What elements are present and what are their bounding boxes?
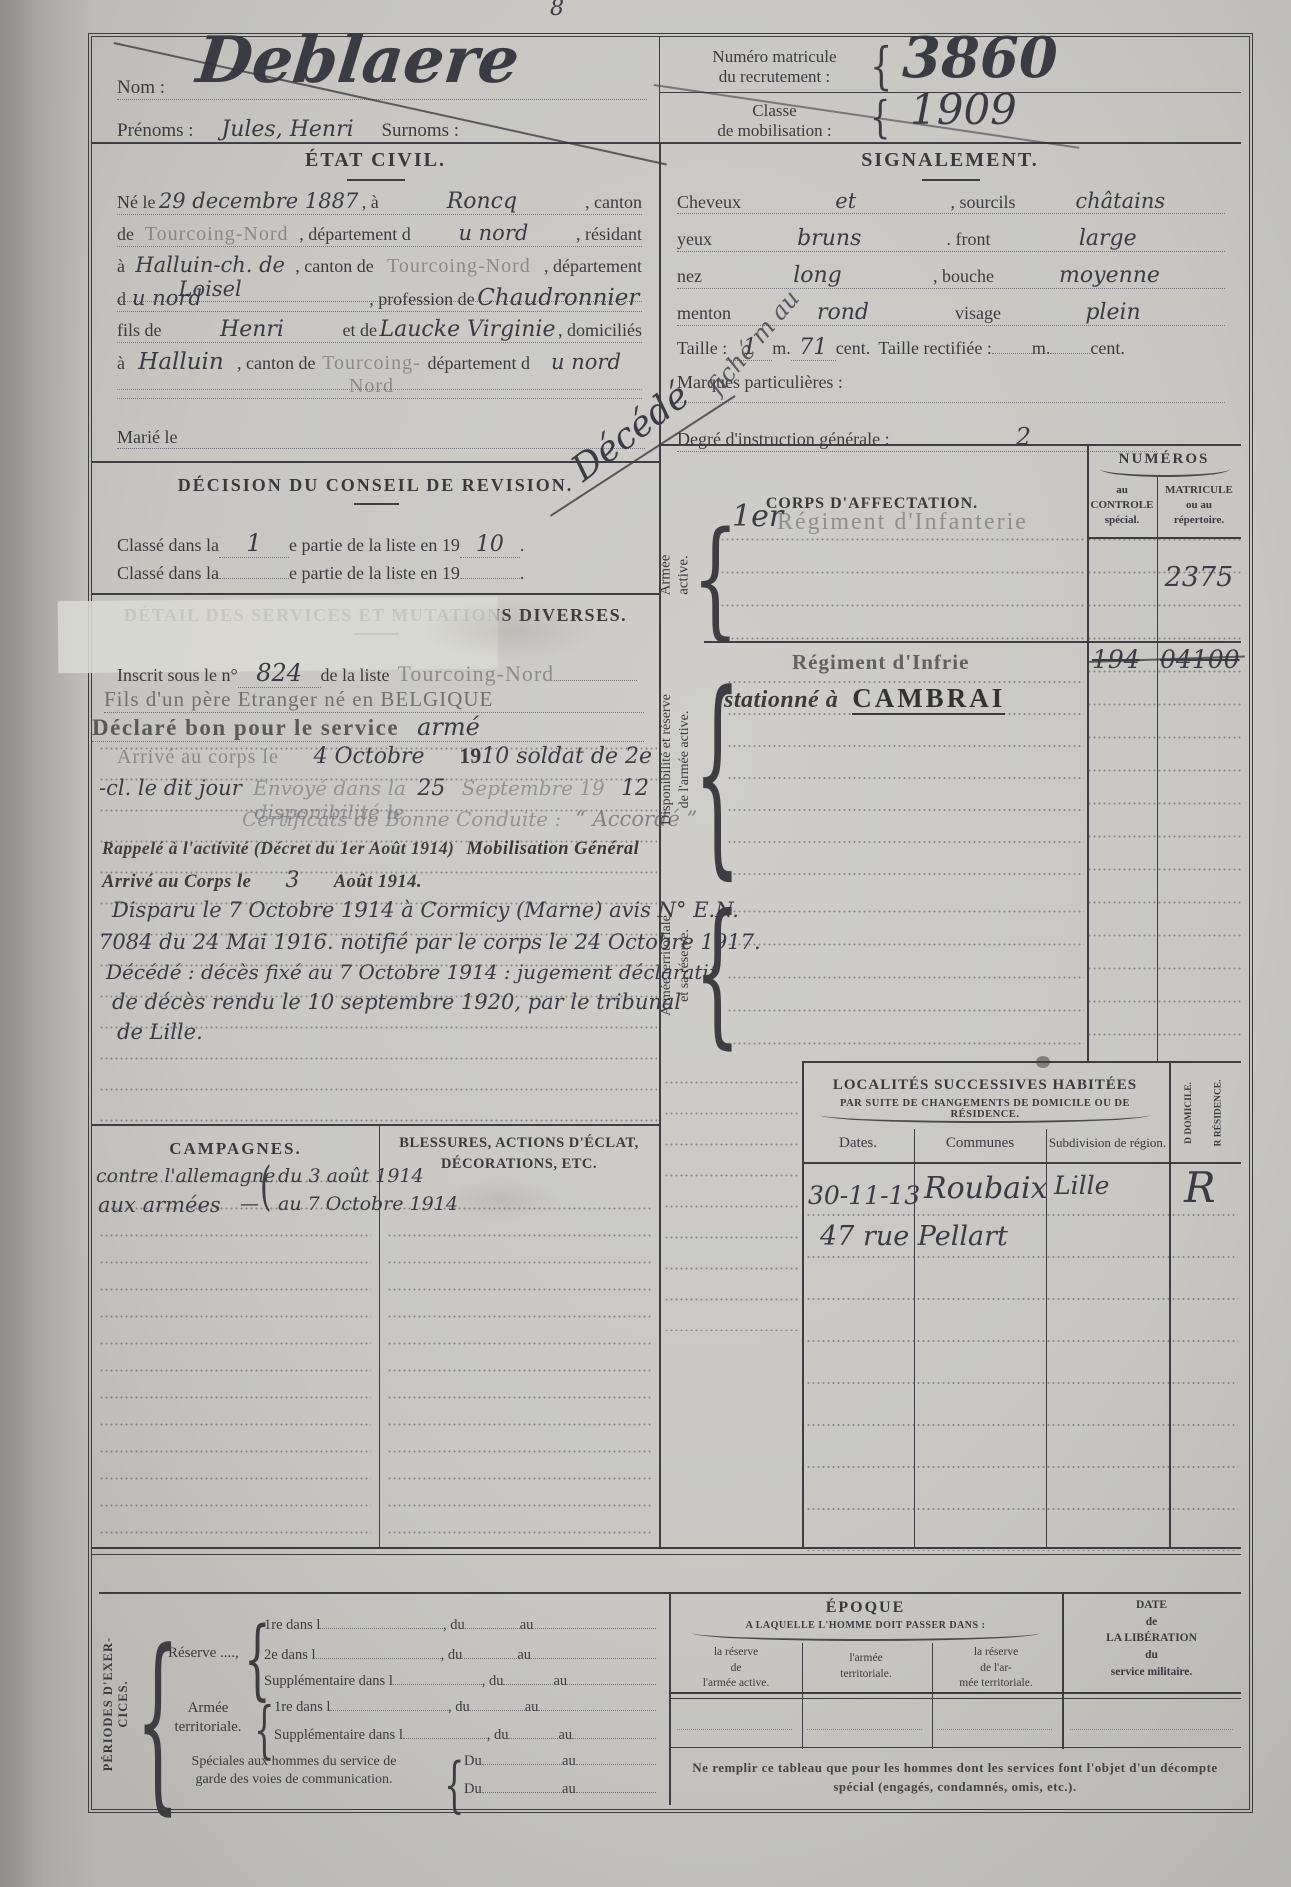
classe-dans-label: Classé dans la (117, 563, 219, 584)
epoque-title: ÉPOQUE (669, 1599, 1062, 1617)
etat-civil-line: de Tourcoing-Nord , département d u nord… (117, 221, 642, 247)
exercice-row: Supplémentaire dans l , du au (274, 1727, 656, 1744)
birth-place-value: Roncq (379, 189, 585, 214)
front-label: . front (947, 229, 991, 250)
cent-label: cent. (1090, 338, 1124, 359)
stationne-cambrai-stamp: stationné à CAMBRAI (724, 683, 1005, 714)
etat-civil-title: ÉTAT CIVIL. (92, 149, 659, 172)
ruled-line (1070, 1729, 1233, 1730)
header-divider (659, 37, 660, 142)
service-record-line: de Lille. (117, 1020, 203, 1044)
epoque-col2-header: l'armée territoriale. (802, 1651, 930, 1682)
canton-stamp: Tourcoing-Nord (374, 255, 544, 278)
canton-label: , canton de (295, 256, 373, 277)
hw-year: 12 (621, 776, 649, 801)
degre-line: Degré d'instruction générale : 2 (677, 423, 1157, 452)
subdivision-column-header: Subdivision de région. (1046, 1135, 1169, 1151)
armee-active-label: Armée active. (660, 512, 688, 637)
signalement-title: SIGNALEMENT. (659, 149, 1241, 172)
epoque-note: Ne remplir ce tableau que pour les homme… (677, 1759, 1233, 1797)
exercice-row: 2e dans l , du au (264, 1647, 656, 1664)
ink-blotch (1036, 1056, 1050, 1068)
nom-label: Nom : (117, 77, 165, 99)
domicile-value: Halluin (125, 349, 237, 375)
epoque-brace (692, 1633, 1040, 1641)
title-underline (922, 179, 980, 181)
section-rule (92, 1124, 659, 1126)
reserve-label: Réserve ...., (168, 1645, 239, 1662)
cent-label: cent. (836, 338, 870, 359)
brace: { (444, 1749, 464, 1819)
ruled-lines (727, 895, 1084, 1060)
document-scan: 8 Nom : Deblaere Prénoms : Jules, Henri … (0, 0, 1291, 1887)
rappele-stamp: Rappelé à l'activité (Décret du 1er Août… (102, 838, 454, 858)
epoque-header-rule (669, 1692, 1241, 1699)
exercice-row: Du au (464, 1753, 656, 1770)
a-label: à (117, 256, 125, 277)
classe-value: 1909 (910, 85, 1017, 134)
sourcils-value: châtains (1016, 189, 1226, 213)
m-label: m. (1032, 338, 1051, 359)
residant-label: , résidant (576, 224, 642, 245)
a-label: , à (362, 192, 379, 213)
group-rule (704, 641, 1241, 643)
surnoms-label: Surnoms : (381, 120, 459, 142)
regiment-inf-stamp: Régiment d'Infrie (792, 650, 969, 675)
localites-header-rule (802, 1162, 1241, 1164)
signalement-line: yeux bruns . front large (677, 226, 1225, 252)
campagne-entry-date: au 7 Octobre 1914 (278, 1193, 458, 1215)
domicile-column-header: D DOMICILE. (1174, 1065, 1204, 1161)
signalement-line: nez long , bouche moyenne (677, 263, 1225, 289)
partie-liste-label: e partie de la liste en 19 (289, 563, 460, 584)
visage-label: visage (955, 303, 1001, 324)
cheveux-value: et (741, 189, 951, 213)
date-stamp: Août 1914. (334, 872, 422, 893)
departement-label: , département (544, 256, 642, 277)
ruled-lines (1087, 523, 1241, 1051)
classe-liste-row-1: Classé dans la 1 e partie de la liste en… (117, 529, 587, 558)
exercice-row: Du au (464, 1781, 656, 1798)
period: . (520, 535, 525, 556)
arrive-corps-stamp: Arrivé au Corps le (102, 872, 251, 893)
numeros-brace (1100, 469, 1230, 477)
service-record-line: Certificats de Bonne Conduite : “ Accord… (242, 807, 697, 831)
epoque-row-rule (669, 1747, 1241, 1748)
campagnes-divider (379, 1124, 380, 1549)
etranger-stamp: Fils d'un père Etranger né en BELGIQUE (104, 687, 644, 713)
month-stamp: Septembre 19 (445, 776, 621, 800)
communes-column-header: Communes (914, 1135, 1046, 1152)
menton-label: menton (677, 303, 731, 324)
localites-top-border (802, 1061, 1241, 1063)
section-rule (659, 444, 1241, 446)
liste-stamp: Tourcoing-Nord (398, 661, 555, 687)
ruled-line (677, 402, 1225, 403)
title-underline (354, 503, 399, 505)
liste-label: de la liste (321, 665, 390, 686)
ruled-line (807, 1729, 922, 1730)
speciales-label: Spéciales aux hommes du service de garde… (144, 1753, 444, 1789)
service-record-line: Arrivé au Corps le 3 Août 1914. (102, 868, 422, 893)
localite-entry-date: 30-11-13 (808, 1181, 920, 1210)
hw-day: 3 (251, 868, 333, 893)
disponibilite-label: Disponibilité et réserve de l'armée acti… (658, 652, 692, 867)
localite-entry-subdivision: Lille (1054, 1171, 1109, 1200)
service-record-line: de décès rendu le 10 septembre 1920, par… (112, 990, 681, 1014)
nom-value: Deblaere (193, 23, 523, 98)
ne-le-label: Né le (117, 192, 155, 213)
liberation-date-header: DATE de LA LIBÉRATION du service militai… (1062, 1597, 1241, 1680)
classe-dans-label: Classé dans la (117, 535, 219, 556)
taille-rect-label: Taille rectifiée : (878, 338, 992, 359)
localites-brace (820, 1115, 1150, 1123)
inscrit-label: Inscrit sous le n° (117, 665, 238, 686)
campagne-entry-date: du 3 août 1914 (278, 1165, 424, 1187)
father-name-value: Henri (162, 317, 343, 342)
departement-value: u nord (530, 350, 642, 374)
etat-civil-line: d u nord , profession de Chaudronnier (117, 285, 642, 312)
ruled-lines (99, 1168, 371, 1546)
profession-label: , profession de (369, 289, 474, 310)
regiment-infanterie-stamp: Régiment d'Infanterie (777, 509, 1028, 536)
signalement-line: Cheveux et , sourcils châtains (677, 189, 1225, 214)
cheveux-label: Cheveux (677, 192, 741, 213)
inscrit-row: Inscrit sous le n° 824 de la liste Tourc… (117, 659, 637, 688)
stain (420, 600, 600, 660)
m-label: m. (772, 338, 791, 359)
service-record-line: Arrivé au corps le 4 Octobre 19 10 solda… (117, 743, 652, 769)
nez-value: long (702, 263, 933, 288)
matricule-label: Numéro matricule du recrutement : (677, 47, 872, 88)
armee-territoriale-label: Armée territoriale. (158, 1699, 258, 1737)
marie-row: Marié le (117, 427, 645, 449)
front-value: large (991, 226, 1226, 251)
campagne-entry: aux armées (98, 1193, 221, 1217)
epoque-col3-header: la réserve de l'ar- mée territoriale. (932, 1645, 1060, 1692)
taille-cm-value: 71 (791, 335, 836, 361)
bouche-label: , bouche (933, 266, 994, 287)
canton-stamp: Tourcoing-Nord (134, 223, 299, 246)
regiment-prefix-value: 1er (732, 499, 783, 534)
periodes-label: PÉRIODES D'EXER- CICES. (100, 1615, 132, 1793)
departement-value: u nord (132, 286, 202, 310)
printed-19: 19 (459, 743, 481, 769)
classe-label: Classe de mobilisation : (677, 101, 872, 142)
matricule-active-value: 2375 (1157, 562, 1241, 593)
soldat-value: 10 soldat de 2e (481, 744, 652, 769)
prenoms-value: Jules, Henri (194, 117, 382, 142)
ruled-line (677, 1729, 792, 1730)
departement-value: u nord (411, 221, 576, 245)
exercice-row: 1re dans l , du au (274, 1699, 656, 1716)
service-record-line: Disparu le 7 Octobre 1914 à Cormicy (Mar… (112, 898, 739, 922)
departement-label: , département d (299, 224, 410, 245)
controle-column-header: au CONTROLE spécial. (1087, 483, 1157, 528)
visage-value: plein (1001, 300, 1225, 325)
etat-civil-line: à Halluin , canton de Tourcoing-Nord dép… (117, 349, 642, 399)
degre-value: 2 (890, 423, 1157, 451)
classe-liste-row-2: Classé dans la e partie de la liste en 1… (117, 563, 587, 584)
mobilisation-stamp: Mobilisation Général (466, 839, 639, 859)
matricule-value: 3860 (902, 25, 1058, 91)
period: . (520, 563, 525, 584)
localite-entry-address: 47 rue Pellart (820, 1221, 1008, 1252)
liste-partie-value: 1 (219, 529, 289, 558)
armee-territoriale-label: Armée territoriale et sa réserve. (658, 885, 692, 1045)
sourcils-label: , sourcils (951, 192, 1016, 213)
yeux-label: yeux (677, 229, 712, 250)
main-bottom-rule (92, 1547, 1241, 1555)
stain (440, 1180, 560, 1220)
book-spine-shadow (0, 0, 95, 1887)
partie-liste-label: e partie de la liste en 19 (289, 535, 460, 556)
prenoms-label: Prénoms : (117, 120, 194, 142)
exercice-row: 1re dans l , du au (264, 1617, 656, 1634)
exercice-row: Supplémentaire dans l , du au (264, 1673, 656, 1690)
et-de-label: et de (343, 320, 377, 341)
hw-day: 25 (417, 776, 445, 801)
certificat-stamp: Certificats de Bonne Conduite : (242, 807, 561, 831)
canton-label: , canton de (237, 353, 315, 374)
arrive-corps-stamp: Arrivé au corps le (117, 746, 279, 769)
localite-entry-dr: R (1184, 1163, 1216, 1212)
departement-label: département d (428, 353, 530, 374)
section-rule (92, 593, 659, 595)
service-record-line: Rappelé à l'activité (Décret du 1er Août… (102, 838, 639, 860)
etat-civil-line: fils de Henri et de Laucke Virginie , do… (117, 317, 642, 343)
canton-label: , canton (585, 192, 642, 213)
canton-stamp: Tourcoing-Nord (315, 352, 427, 398)
degre-label: Degré d'instruction générale : (677, 429, 890, 450)
dash: — (240, 1193, 259, 1215)
decision-title: DÉCISION DU CONSEIL DE REVISION. (92, 475, 659, 496)
epoque-col1-header: la réserve de l'armée active. (672, 1645, 800, 1692)
yeux-value: bruns (712, 226, 947, 251)
prenoms-row: Prénoms : Jules, Henri Surnoms : (117, 117, 647, 143)
dates-column-header: Dates. (802, 1135, 914, 1152)
ruled-lines (664, 1067, 799, 1331)
campagnes-title: CAMPAGNES. (92, 1139, 379, 1159)
localites-title: LOCALITÉS SUCCESSIVES HABITÉES (805, 1077, 1165, 1094)
liste-annee-value: 10 (460, 532, 520, 558)
campagne-entry: contre l'allemagne (96, 1165, 275, 1187)
service-record-line: Décédé : décès fixé au 7 Octobre 1914 : … (106, 960, 716, 984)
brace: { (870, 37, 892, 96)
profession-value: Chaudronnier (475, 285, 642, 311)
birth-date-value: 29 decembre 1887 (155, 189, 361, 213)
matricule-column-header: MATRICULE ou au répertoire. (1157, 483, 1241, 528)
ruled-line (117, 389, 642, 390)
top-page-mark: 8 (550, 0, 564, 21)
fiche-matricule-form: Nom : Deblaere Prénoms : Jules, Henri Su… (88, 33, 1253, 1813)
fils-de-label: fils de (117, 320, 162, 341)
hw-text: -cl. le dit jour (99, 776, 242, 800)
etat-civil-line: Né le 29 decembre 1887 , à Roncq , canto… (117, 189, 642, 215)
title-underline (347, 179, 405, 181)
numeros-header: NUMÉROS (1087, 451, 1241, 468)
arrive-date-value: 4 Octobre (279, 744, 459, 769)
localite-entry-commune: Roubaix (924, 1171, 1048, 1206)
domicilies-label: , domiciliés (558, 320, 642, 341)
bouche-value: moyenne (994, 263, 1225, 288)
ruled-lines (720, 523, 1084, 655)
d-label: d (117, 289, 126, 310)
nez-label: nez (677, 266, 702, 287)
ruled-lines (387, 1195, 651, 1546)
mother-name-value: Laucke Virginie (377, 317, 558, 342)
a-label: à (117, 353, 125, 374)
ruled-line (937, 1729, 1052, 1730)
brace: ( (260, 1155, 271, 1216)
residence-column-header: R RÉSIDENCE. (1204, 1065, 1234, 1161)
marie-le-label: Marié le (117, 427, 177, 448)
epoque-subtitle: A LAQUELLE L'HOMME DOIT PASSER DANS : (669, 1620, 1062, 1631)
inscrit-numero-value: 824 (238, 659, 321, 688)
de-label: de (117, 224, 134, 245)
taille-label: Taille : (677, 338, 727, 359)
